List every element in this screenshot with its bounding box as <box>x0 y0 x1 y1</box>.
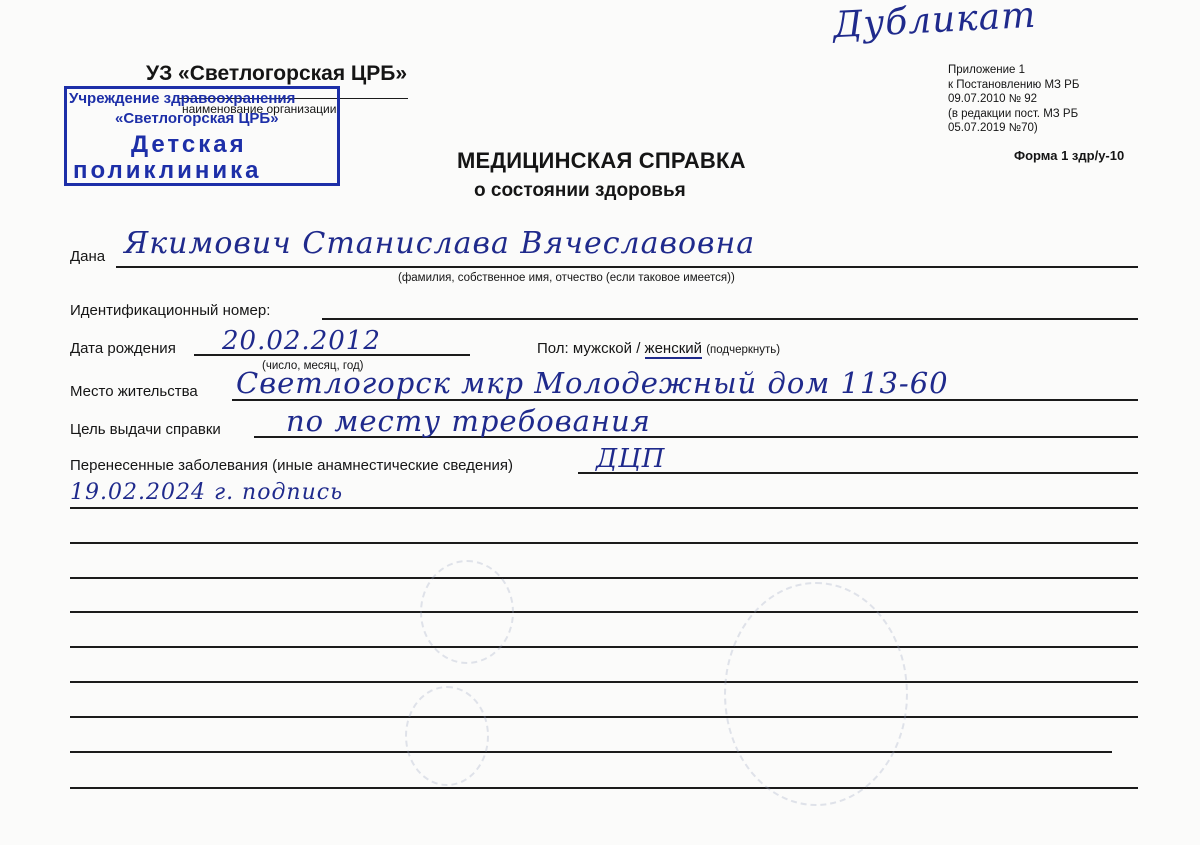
residence-label: Место жительства <box>70 383 198 400</box>
residence-value[interactable]: Светлогорск мкр Молодежный дом 113-60 <box>236 366 949 400</box>
stamp-line-2: «Светлогорская ЦРБ» <box>115 110 279 127</box>
purpose-value[interactable]: по месту требования <box>286 404 651 438</box>
blank-line <box>70 577 1138 579</box>
document-subtitle: о состоянии здоровья <box>474 180 686 202</box>
purpose-label: Цель выдачи справки <box>70 421 221 438</box>
document-title: МЕДИЦИНСКАЯ СПРАВКА <box>457 148 746 174</box>
gender-hint: (подчеркнуть) <box>706 344 780 356</box>
birth-date-label: Дата рождения <box>70 340 176 357</box>
annex-line: 09.07.2010 № 92 <box>948 92 1079 107</box>
gender-option-male[interactable]: мужской <box>573 340 632 357</box>
form-code: Форма 1 здр/у-10 <box>1014 148 1124 163</box>
issued-to-label: Дана <box>70 248 105 265</box>
issued-to-hint: (фамилия, собственное имя, отчество (есл… <box>398 272 735 284</box>
id-number-label: Идентификационный номер: <box>70 302 270 319</box>
organization-name: УЗ «Светлогорская ЦРБ» <box>146 62 407 86</box>
gender-field: Пол: мужской / женский (подчеркнуть) <box>537 340 780 357</box>
annex-line: (в редакции пост. МЗ РБ <box>948 107 1079 122</box>
issued-to-line <box>116 266 1138 268</box>
blank-line <box>70 787 1138 789</box>
gender-option-female[interactable]: женский <box>645 340 702 359</box>
stamp-line-1: Учреждение здравоохранения <box>69 90 295 107</box>
stamp-line-3: Детская <box>131 131 247 159</box>
blank-line <box>70 542 1138 544</box>
duplicate-handwritten-mark: Дубликат <box>832 0 1037 46</box>
faint-round-stamp <box>724 582 908 806</box>
blank-line <box>70 751 1112 753</box>
blank-line <box>70 611 1138 613</box>
faint-round-stamp <box>420 560 514 664</box>
stamp-line-4: поликлиника <box>73 157 261 185</box>
annex-line: 05.07.2019 №70) <box>948 121 1079 136</box>
id-number-line[interactable] <box>322 318 1138 320</box>
birth-date-value[interactable]: 20.02.2012 <box>222 326 381 356</box>
gender-label: Пол: <box>537 340 569 357</box>
annex-line: Приложение 1 <box>948 63 1079 78</box>
faint-round-stamp <box>405 686 489 786</box>
gender-separator: / <box>636 340 640 357</box>
blank-line <box>70 646 1138 648</box>
past-diseases-value-2[interactable]: 19.02.2024 г. подпись <box>70 480 343 505</box>
past-diseases-label: Перенесенные заболевания (иные анамнести… <box>70 457 513 474</box>
issued-to-value[interactable]: Якимович Станислава Вячеславовна <box>124 226 755 261</box>
blank-line <box>70 716 1138 718</box>
annex-line: к Постановлению МЗ РБ <box>948 78 1079 93</box>
institution-stamp: Учреждение здравоохранения «Светлогорска… <box>64 86 340 186</box>
blank-line <box>70 681 1138 683</box>
past-diseases-line-2 <box>70 507 1138 509</box>
past-diseases-value-1[interactable]: ДЦП <box>596 444 666 474</box>
annex-reference: Приложение 1 к Постановлению МЗ РБ 09.07… <box>948 63 1079 136</box>
